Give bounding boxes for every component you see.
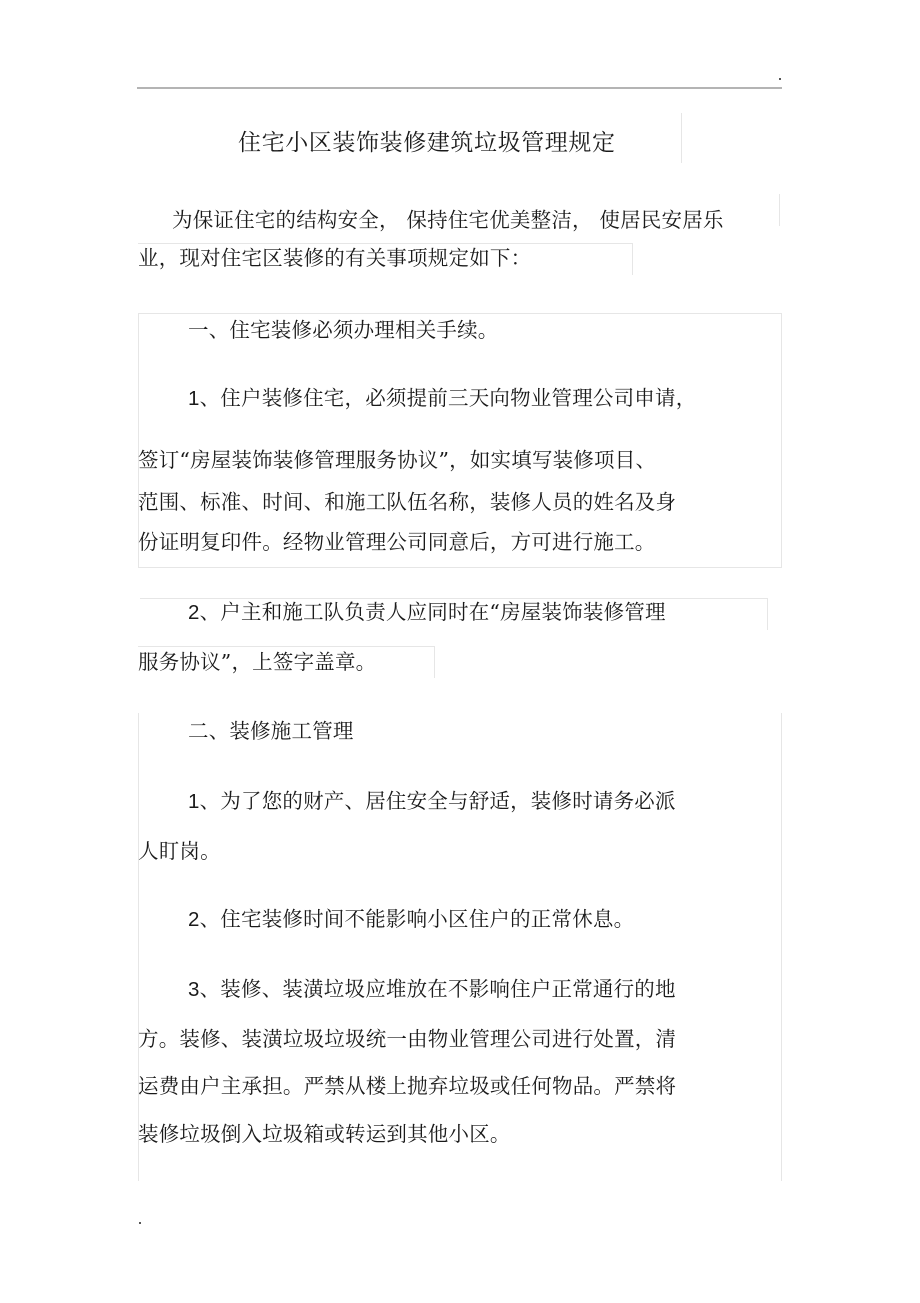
section2-item1-line1: 1、为了您的财产、居住安全与舒适，装修时请务必派 [188, 788, 676, 815]
section2-item3-line2: 方。装修、装潢垃圾垃圾统一由物业管理公司进行处置，清 [138, 1026, 676, 1052]
section2-item2-line1: 2、住宅装修时间不能影响小区住户的正常休息。 [188, 906, 634, 933]
item-number: 1 [188, 387, 200, 410]
item-number: 1 [188, 790, 200, 813]
section1-item1-line2: 签订“房屋装饰装修管理服务协议”，如实填写装修项目、 [138, 447, 656, 473]
item-text: 、户主和施工队负责人应同时在“房屋装饰装修管理 [200, 600, 666, 624]
section1-item2-line2: 服务协议”，上签字盖章。 [138, 649, 376, 675]
page-corner-mark-bottom [139, 1222, 141, 1224]
section1-item2-line1: 2、户主和施工队负责人应同时在“房屋装饰装修管理 [188, 599, 666, 626]
section2-item3-line4: 装修垃圾倒入垃圾箱或转运到其他小区。 [138, 1121, 511, 1147]
item-number: 3 [188, 978, 200, 1001]
intro-line-1: 为保证住宅的结构安全， 保持住宅优美整洁， 使居民安居乐 [172, 207, 724, 233]
section2-heading: 二、装修施工管理 [188, 718, 354, 744]
item-text: 、为了您的财产、居住安全与舒适，装修时请务必派 [200, 789, 676, 813]
section1-heading: 一、住宅装修必须办理相关手续。 [188, 317, 499, 343]
header-rule [137, 87, 782, 89]
item-text: 、住宅装修时间不能影响小区住户的正常休息。 [200, 907, 635, 931]
item-text: 、住户装修住宅，必须提前三天向物业管理公司申请， [200, 386, 697, 410]
section2-item1-line2: 人盯岗。 [138, 838, 221, 864]
page-corner-mark-top [779, 78, 781, 80]
intro-line-2: 业，现对住宅区装修的有关事项规定如下： [138, 245, 531, 271]
item-number: 2 [188, 908, 200, 931]
section2-frame [138, 713, 782, 1181]
document-title: 住宅小区装饰装修建筑垃圾管理规定 [238, 130, 616, 156]
section1-item1-line3: 范围、标准、时间、和施工队伍名称，装修人员的姓名及身 [138, 489, 676, 515]
section2-item3-line3: 运费由户主承担。严禁从楼上抛弃垃圾或任何物品。严禁将 [138, 1073, 676, 1099]
section2-item3-line1: 3、装修、装潢垃圾应堆放在不影响住户正常通行的地 [188, 976, 676, 1003]
section1-item1-line4: 份证明复印件。经物业管理公司同意后，方可进行施工。 [138, 529, 656, 555]
item-number: 2 [188, 601, 200, 624]
section1-item1-line1: 1、住户装修住宅，必须提前三天向物业管理公司申请， [188, 385, 696, 412]
item-text: 、装修、装潢垃圾应堆放在不影响住户正常通行的地 [200, 977, 676, 1001]
